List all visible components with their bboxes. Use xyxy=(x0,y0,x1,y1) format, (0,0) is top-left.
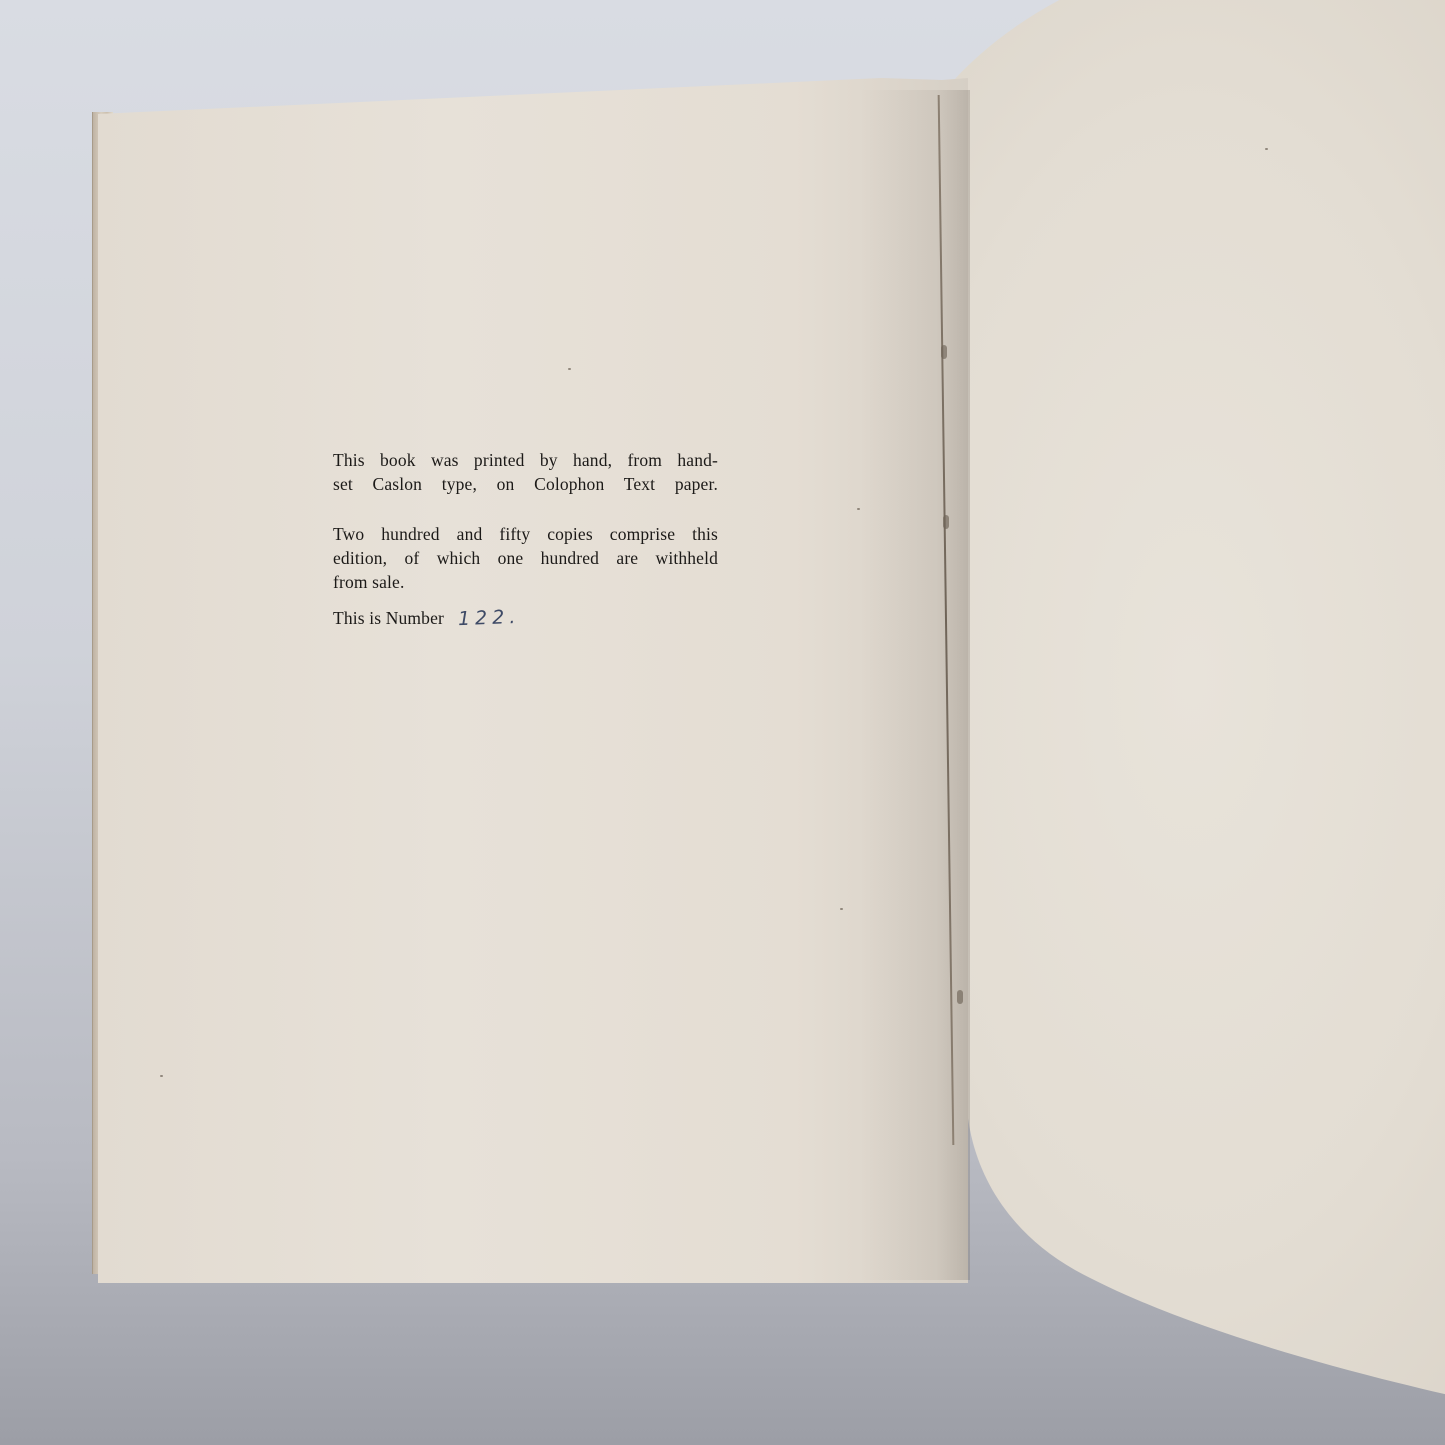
colophon-line: This book was printed by hand, from hand… xyxy=(333,448,718,472)
colophon-line: from sale. xyxy=(333,570,718,594)
right-page-blank xyxy=(945,0,1445,1420)
binding-stitch xyxy=(943,515,949,529)
binding-stitch xyxy=(957,990,963,1004)
photo-scene: This book was printed by hand, from hand… xyxy=(0,0,1445,1445)
colophon-line: Two hundred and fifty copies comprise th… xyxy=(333,522,718,546)
copy-number-label: This is Number xyxy=(333,606,444,630)
colophon-text-block: This book was printed by hand, from hand… xyxy=(333,448,718,630)
handwritten-copy-number: 122. xyxy=(458,605,521,631)
paper-speck xyxy=(857,508,860,510)
paper-speck xyxy=(840,908,843,910)
left-page xyxy=(98,78,968,1283)
colophon-line: set Caslon type, on Colophon Text paper. xyxy=(333,472,718,496)
paper-speck xyxy=(568,368,571,370)
copy-number-line: This is Number 122. xyxy=(333,606,718,630)
paper-speck xyxy=(1265,148,1268,150)
colophon-line: edition, of which one hundred are withhe… xyxy=(333,546,718,570)
binding-stitch xyxy=(941,345,947,359)
paper-speck xyxy=(160,1075,163,1077)
